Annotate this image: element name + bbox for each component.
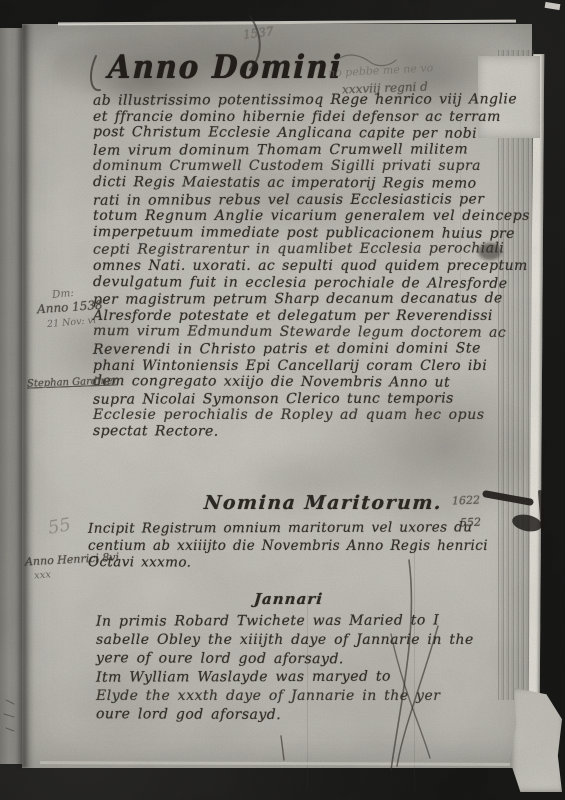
latin-preamble-block: ab illustrissimo potentissimoq Rege henr… <box>93 92 530 440</box>
pencil-year-annotation: 1537 <box>242 24 274 42</box>
manuscript-line: centium ab xxiiijto die Novembris Anno R… <box>88 538 488 556</box>
manuscript-line: rati in omnibus rebus vel causis Ecclesi… <box>93 191 530 209</box>
nomina-maritorum-heading: Nomina Maritorum. <box>203 492 443 514</box>
paper-fragment <box>545 2 561 10</box>
manuscript-line: et ffrancie domino hibernie fidei defens… <box>93 109 530 126</box>
manuscript-line: Elyde the xxxth daye of Jannarie in the … <box>96 687 474 706</box>
incipit-registrum-block: Incipit Registrum omnium maritorum vel u… <box>88 520 488 573</box>
manuscript-line: per magistrum petrum Sharp decanum decan… <box>93 290 530 308</box>
manuscript-line: Ecclesie perochialis de Ropley ad quam h… <box>93 407 530 424</box>
manuscript-line: In primis Robard Twichete was Maried to … <box>96 611 474 631</box>
manuscript-line: Itm Wylliam Waslayde was maryed to <box>96 668 474 688</box>
photograph-of-register-page: 1537 Anno Domini no pebbe me ne vo xxxvi… <box>0 0 565 800</box>
manuscript-line: dem congregato xxiijo die Novembris Anno… <box>93 373 530 392</box>
manuscript-line: Alresforde potestate et delegatum per Re… <box>93 308 530 325</box>
manuscript-line: Octavi xxxmo. <box>88 554 488 573</box>
marriage-entries-block: In primis Robard Twichete was Maried to … <box>96 612 474 725</box>
margin-faint-numeral: 55 <box>46 514 72 539</box>
margin-year-1622: 1622 <box>452 494 480 508</box>
manuscript-line: sabelle Obley the xiiijth daye of Jannar… <box>96 631 474 650</box>
margin-regnal-year: xxx <box>34 569 52 581</box>
manuscript-line: omnes Nati. uxorati. ac sepulti quod qui… <box>93 258 530 275</box>
overwritten-scrawl: no pebbe me ne vo <box>328 61 434 79</box>
manuscript-page: 1537 Anno Domini no pebbe me ne vo xxxvi… <box>22 24 532 768</box>
manuscript-line: supra Nicolai Symonson Clerico tunc temp… <box>93 390 530 408</box>
book-gutter-shadow <box>16 24 34 768</box>
manuscript-line: phani Wintoniensis Epi Cancellarij coram… <box>93 358 530 375</box>
manuscript-line: dominum Crumwell Custodem Sigilli privat… <box>93 158 530 175</box>
manuscript-line: lem virum dominum Thomam Crumwell milite… <box>93 141 530 159</box>
manuscript-line: cepti Registrarentur in quamlibet Eccles… <box>93 241 530 259</box>
margin-note-date: 21 Nov: vi <box>47 315 97 330</box>
manuscript-line: Incipit Registrum omnium maritorum vel u… <box>88 519 488 538</box>
anno-domini-heading: Anno Domini <box>107 48 343 86</box>
manuscript-line: oure lord god aforsayd. <box>96 705 474 725</box>
manuscript-line: Reverendi in Christo patris et domini do… <box>93 340 530 358</box>
manuscript-line: post Christum Ecclesie Anglicana capite … <box>93 124 530 143</box>
january-heading: Jannari <box>253 590 324 608</box>
manuscript-line: dicti Regis Maiestatis ac imperatorij Re… <box>93 174 530 193</box>
manuscript-line: mum virum Edmundum Stewarde legum doctor… <box>93 323 530 342</box>
manuscript-line: totum Regnum Anglie vicarium generalem v… <box>93 208 530 225</box>
manuscript-line: ab illustrissimo potentissimoq Rege henr… <box>93 91 530 109</box>
manuscript-line: devulgatum fuit in ecclesia perochiale d… <box>93 274 530 293</box>
manuscript-line: spectat Rectore. <box>93 423 530 442</box>
manuscript-line: yere of oure lord god aforsayd. <box>96 649 474 669</box>
crumpled-corner <box>510 688 562 792</box>
